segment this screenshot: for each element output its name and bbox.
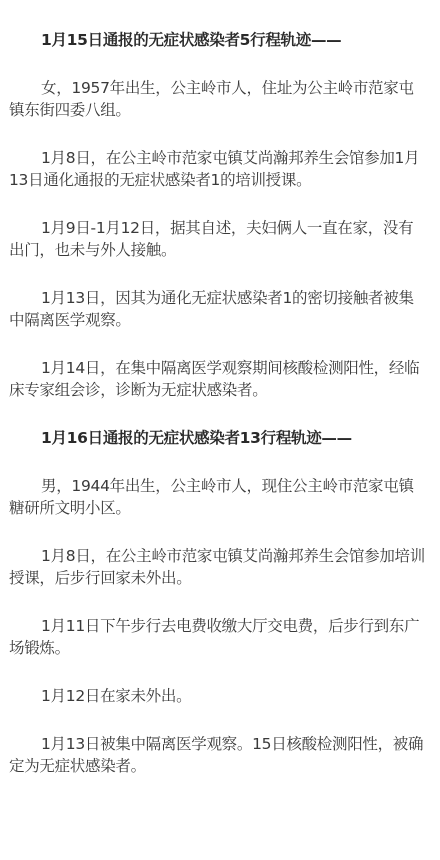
spacer (9, 401, 426, 427)
paragraph-case13-profile: 男，1944年出生，公主岭市人，现住公主岭市范家屯镇糖研所文明小区。 (9, 475, 426, 519)
spacer (9, 191, 426, 217)
paragraph-case5-jan8: 1月8日，在公主岭市范家屯镇艾尚瀚邦养生会馆参加1月13日通化通报的无症状感染者… (9, 147, 426, 191)
paragraph-case5-profile: 女，1957年出生，公主岭市人，住址为公主岭市范家屯镇东街四委八组。 (9, 77, 426, 121)
spacer (9, 519, 426, 545)
spacer (9, 121, 426, 147)
spacer (9, 707, 426, 733)
spacer (9, 331, 426, 357)
paragraph-case13-jan11: 1月11日下午步行去电费收缴大厅交电费，后步行到东广场锻炼。 (9, 615, 426, 659)
paragraph-case13-jan13: 1月13日被集中隔离医学观察。15日核酸检测阳性，被确定为无症状感染者。 (9, 733, 426, 777)
paragraph-case13-jan12: 1月12日在家未外出。 (9, 685, 426, 707)
paragraph-case5-jan14: 1月14日，在集中隔离医学观察期间核酸检测阳性，经临床专家组会诊，诊断为无症状感… (9, 357, 426, 401)
section-heading-case-5: 1月15日通报的无症状感染者5行程轨迹—— (9, 0, 426, 51)
spacer (9, 659, 426, 685)
paragraph-case5-jan9-12: 1月9日-1月12日，据其自述，夫妇俩人一直在家，没有出门，也未与外人接触。 (9, 217, 426, 261)
spacer (9, 449, 426, 475)
paragraph-case5-jan13: 1月13日，因其为通化无症状感染者1的密切接触者被集中隔离医学观察。 (9, 287, 426, 331)
article-body: 1月15日通报的无症状感染者5行程轨迹—— 女，1957年出生，公主岭市人，住址… (0, 0, 440, 777)
spacer (9, 261, 426, 287)
spacer (9, 589, 426, 615)
paragraph-case13-jan8: 1月8日，在公主岭市范家屯镇艾尚瀚邦养生会馆参加培训授课，后步行回家未外出。 (9, 545, 426, 589)
section-heading-case-13: 1月16日通报的无症状感染者13行程轨迹—— (9, 427, 426, 449)
spacer (9, 51, 426, 77)
